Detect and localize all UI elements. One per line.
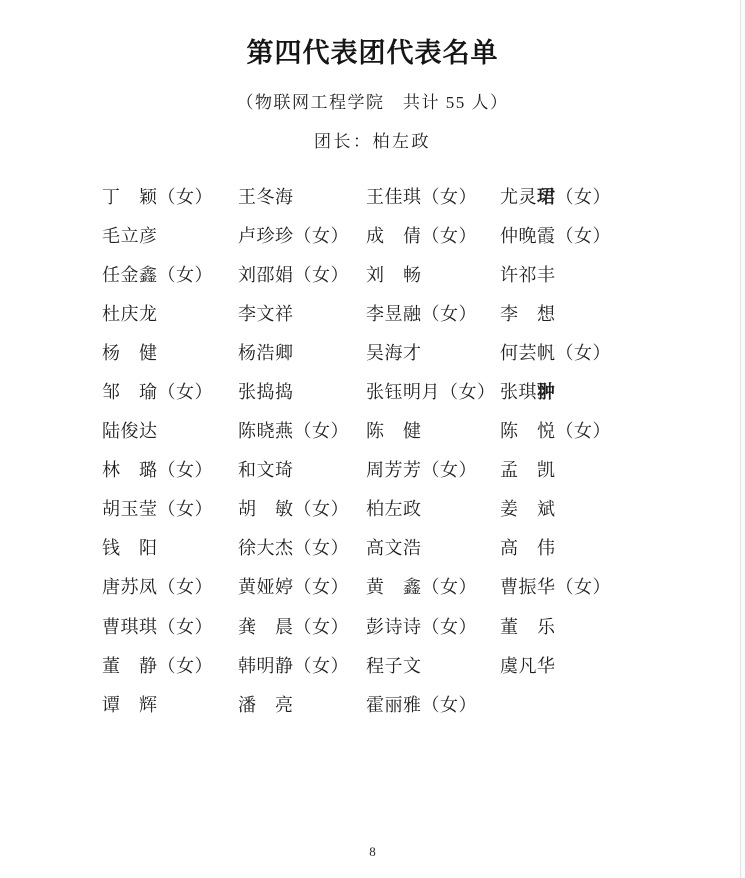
roster-cell: 陈 悦（女） bbox=[500, 417, 650, 443]
roster-cell: 霍丽雅（女） bbox=[366, 691, 500, 717]
roster-cell: 和文琦 bbox=[238, 456, 366, 482]
roster-cell: 谭 辉 bbox=[102, 691, 238, 717]
roster-cell: 李 想 bbox=[500, 300, 650, 326]
roster-subtitle: （物联网工程学院 共计 55 人） bbox=[0, 92, 745, 114]
roster-cell: 何芸帆（女） bbox=[500, 339, 650, 365]
roster-cell: 王佳琪（女） bbox=[366, 183, 500, 209]
roster-cell: 陆俊达 bbox=[102, 417, 238, 443]
roster-cell: 丁 颖（女） bbox=[102, 183, 238, 209]
roster-cell: 吴海才 bbox=[366, 339, 500, 365]
roster-cell: 程子文 bbox=[366, 652, 500, 678]
roster-cell: 李文祥 bbox=[238, 300, 366, 326]
roster-cell: 王冬海 bbox=[238, 183, 366, 209]
roster-cell: 卢珍珍（女） bbox=[238, 222, 366, 248]
page-number: 8 bbox=[0, 844, 745, 860]
roster-cell: 张捣捣 bbox=[238, 378, 366, 404]
roster-cell: 潘 亮 bbox=[238, 691, 366, 717]
roster-cell: 高 伟 bbox=[500, 534, 650, 560]
roster-cell: 刘邵娟（女） bbox=[238, 261, 366, 287]
roster-cell: 孟 凯 bbox=[500, 456, 650, 482]
roster-cell: 韩明静（女） bbox=[238, 652, 366, 678]
roster-cell: 董 乐 bbox=[500, 613, 650, 639]
roster-cell: 仲晚霞（女） bbox=[500, 222, 650, 248]
scan-edge-line bbox=[740, 0, 741, 878]
substituted-font-char: 翀 bbox=[537, 382, 556, 403]
roster-cell: 陈 健 bbox=[366, 417, 500, 443]
roster-cell: 黄 鑫（女） bbox=[366, 573, 500, 599]
scan-edge-strip bbox=[741, 0, 745, 878]
roster-cell: 周芳芳（女） bbox=[366, 456, 500, 482]
roster-cell: 胡 敏（女） bbox=[238, 495, 366, 521]
roster-cell: 杨 健 bbox=[102, 339, 238, 365]
roster-cell: 胡玉莹（女） bbox=[102, 495, 238, 521]
roster-cell-text: （女） bbox=[556, 187, 612, 207]
roster-cell: 邹 瑜（女） bbox=[102, 378, 238, 404]
substituted-font-char: 珺 bbox=[537, 187, 556, 208]
roster-cell: 彭诗诗（女） bbox=[366, 613, 500, 639]
roster-cell: 曹振华（女） bbox=[500, 573, 650, 599]
roster-cell: 毛立彦 bbox=[102, 222, 238, 248]
roster-cell: 刘 畅 bbox=[366, 261, 500, 287]
roster-cell: 虞凡华 bbox=[500, 652, 650, 678]
roster-cell: 杜庆龙 bbox=[102, 300, 238, 326]
roster-cell: 张琪翀 bbox=[500, 378, 650, 404]
roster-cell: 柏左政 bbox=[366, 495, 500, 521]
document-title: 第四代表团代表名单 bbox=[0, 37, 745, 69]
roster-cell: 高文浩 bbox=[366, 534, 500, 560]
roster-cell: 成 倩（女） bbox=[366, 222, 500, 248]
roster-cell: 龚 晨（女） bbox=[238, 613, 366, 639]
leader-line: 团长：柏左政 bbox=[0, 131, 745, 153]
roster-cell-text: 张琪 bbox=[500, 382, 537, 402]
roster-cell-text: 尤灵 bbox=[500, 187, 537, 207]
roster-cell: 姜 斌 bbox=[500, 495, 650, 521]
roster-cell: 钱 阳 bbox=[102, 534, 238, 560]
roster-cell: 陈晓燕（女） bbox=[238, 417, 366, 443]
roster-cell: 黄娅婷（女） bbox=[238, 573, 366, 599]
roster-cell: 许祁丰 bbox=[500, 261, 650, 287]
roster-cell: 董 静（女） bbox=[102, 652, 238, 678]
roster-cell: 曹琪琪（女） bbox=[102, 613, 238, 639]
roster-cell: 杨浩卿 bbox=[238, 339, 366, 365]
roster-cell: 唐苏凤（女） bbox=[102, 573, 238, 599]
roster-cell: 徐大杰（女） bbox=[238, 534, 366, 560]
roster-cell: 林 璐（女） bbox=[102, 456, 238, 482]
roster-cell: 李昱融（女） bbox=[366, 300, 500, 326]
roster-cell: 张钰明月（女） bbox=[366, 378, 500, 404]
roster-cell: 尤灵珺（女） bbox=[500, 183, 650, 209]
roster-grid: 丁 颖（女）王冬海王佳琪（女）尤灵珺（女）毛立彦卢珍珍（女）成 倩（女）仲晚霞（… bbox=[102, 176, 650, 723]
roster-cell: 任金鑫（女） bbox=[102, 261, 238, 287]
